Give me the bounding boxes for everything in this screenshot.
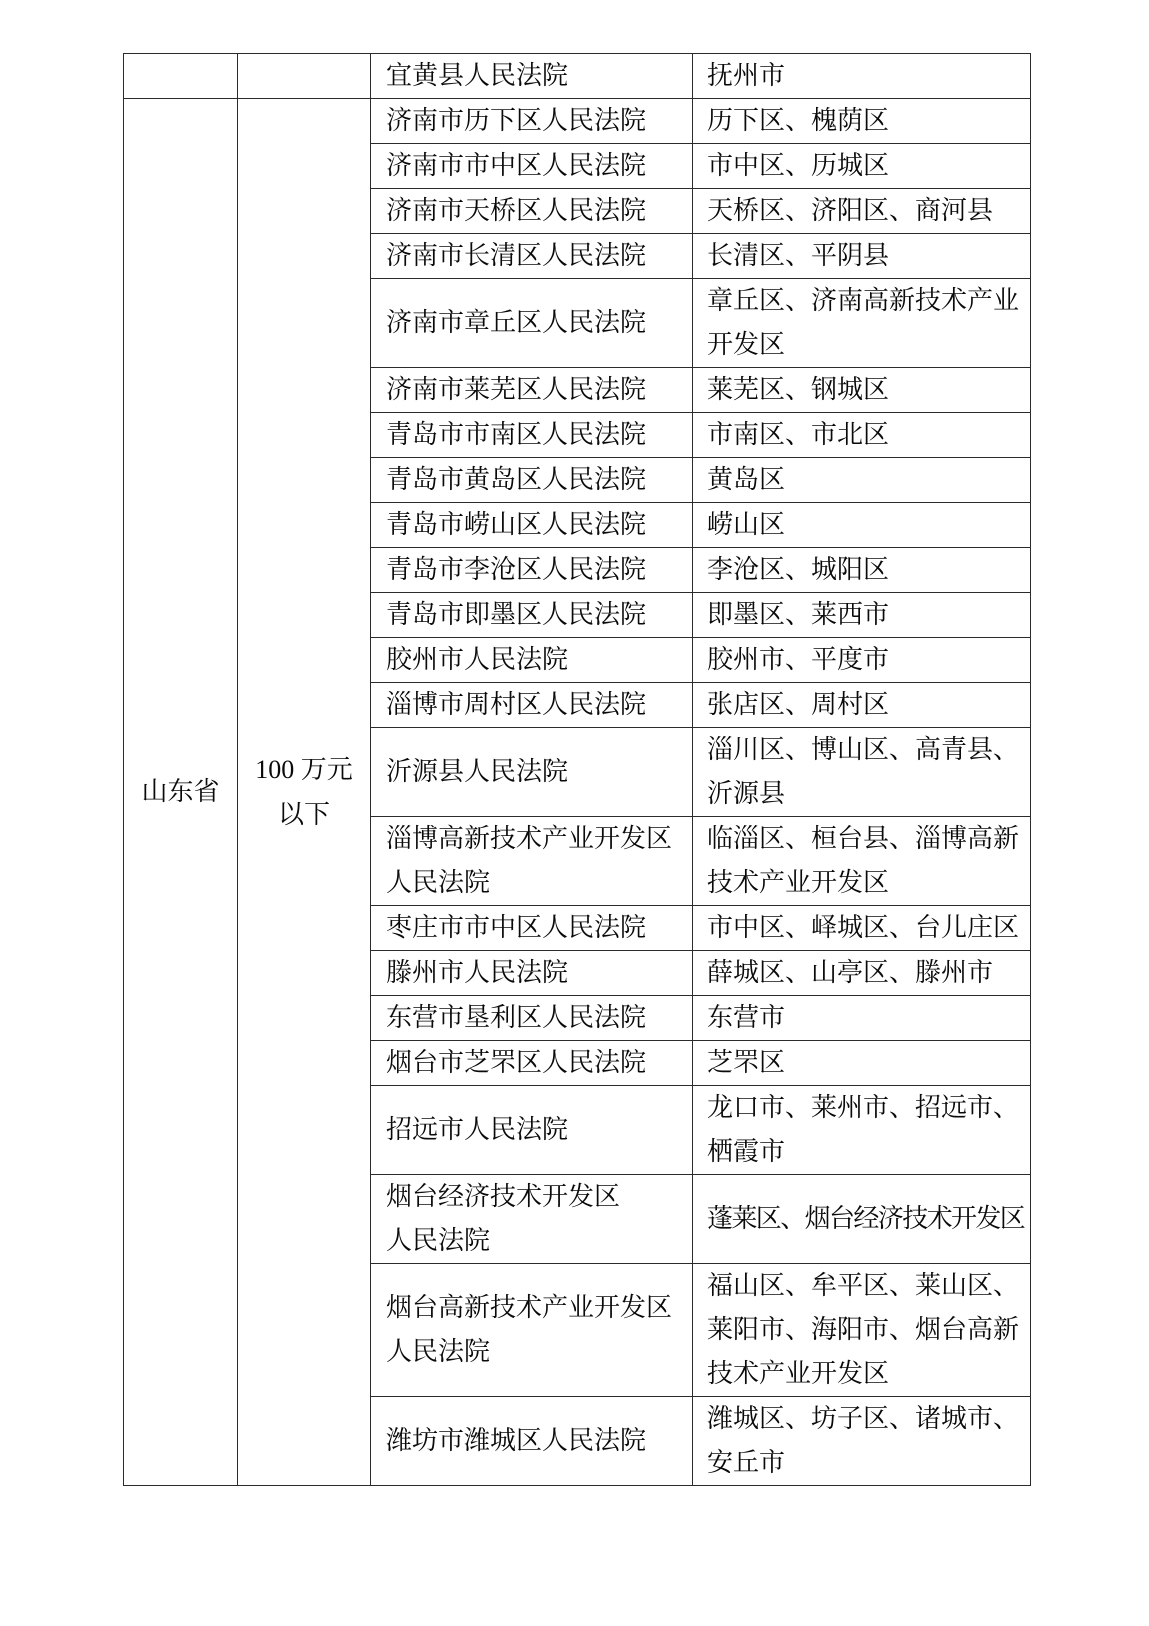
court-cell: 青岛市崂山区人民法院: [371, 503, 693, 548]
court-name-line: 淄博高新技术产业开发区: [386, 817, 686, 861]
district-cell: 东营市: [693, 996, 1031, 1041]
district-cell: 张店区、周村区: [693, 683, 1031, 728]
table-row-previous-section: 宜黄县人民法院 抚州市: [124, 54, 1031, 99]
court-name-line: 青岛市即墨区人民法院: [386, 593, 686, 637]
court-name-line: 滕州市人民法院: [386, 951, 686, 995]
district-cell: 淄川区、博山区、高青县、沂源县: [693, 728, 1031, 817]
district-cell: 抚州市: [693, 54, 1031, 99]
district-list-line: 安丘市: [707, 1441, 1028, 1485]
district-cell: 龙口市、莱州市、招远市、栖霞市: [693, 1086, 1031, 1175]
court-name-line: 人民法院: [386, 1219, 686, 1263]
district-cell: 即墨区、莱西市: [693, 593, 1031, 638]
court-cell: 济南市长清区人民法院: [371, 234, 693, 279]
district-list-line: 即墨区、莱西市: [707, 593, 1028, 637]
court-cell: 招远市人民法院: [371, 1086, 693, 1175]
court-cell: 青岛市李沧区人民法院: [371, 548, 693, 593]
district-cell: 长清区、平阴县: [693, 234, 1031, 279]
court-cell: 烟台高新技术产业开发区人民法院: [371, 1264, 693, 1397]
district-list-line: 龙口市、莱州市、招远市、: [707, 1086, 1028, 1130]
court-name-line: 青岛市市南区人民法院: [386, 413, 686, 457]
district-cell: 胶州市、平度市: [693, 638, 1031, 683]
district-cell: 芝罘区: [693, 1041, 1031, 1086]
document-page: 宜黄县人民法院 抚州市 山东省100 万元以下济南市历下区人民法院历下区、槐荫区…: [0, 0, 1149, 1626]
court-name-line: 烟台市芝罘区人民法院: [386, 1041, 686, 1085]
district-cell: 临淄区、桓台县、淄博高新技术产业开发区: [693, 817, 1031, 906]
district-list-line: 福山区、牟平区、莱山区、: [707, 1264, 1028, 1308]
district-list-line: 潍城区、坊子区、诸城市、: [707, 1397, 1028, 1441]
court-cell: 济南市市中区人民法院: [371, 144, 693, 189]
district-list-line: 天桥区、济阳区、商河县: [707, 189, 1028, 233]
district-cell: 潍城区、坊子区、诸城市、安丘市: [693, 1397, 1031, 1486]
court-name-line: 烟台高新技术产业开发区: [386, 1286, 686, 1330]
district-cell: 历下区、槐荫区: [693, 99, 1031, 144]
court-cell: 济南市历下区人民法院: [371, 99, 693, 144]
district-list-line: 市中区、峄城区、台儿庄区: [707, 906, 1028, 950]
district-list-line: 崂山区: [707, 503, 1028, 547]
court-name-line: 东营市垦利区人民法院: [386, 996, 686, 1040]
court-name-line: 青岛市黄岛区人民法院: [386, 458, 686, 502]
district-list-line: 市中区、历城区: [707, 144, 1028, 188]
district-cell: 蓬莱区、烟台经济技术开发区: [693, 1175, 1031, 1264]
court-name: 宜黄县人民法院: [386, 54, 686, 98]
district-list-line: 历下区、槐荫区: [707, 99, 1028, 143]
district-list-line: 沂源县: [707, 772, 1028, 816]
district-list-line: 蓬莱区、烟台经济技术开发区: [707, 1197, 1028, 1241]
district-list: 抚州市: [707, 54, 1028, 98]
amount-label-line: 以下: [242, 792, 366, 837]
district-list-line: 张店区、周村区: [707, 683, 1028, 727]
province-cell-empty: [124, 54, 238, 99]
amount-label-line: 100 万元: [242, 747, 366, 792]
district-list-line: 开发区: [707, 323, 1028, 367]
district-cell: 天桥区、济阳区、商河县: [693, 189, 1031, 234]
court-name-line: 济南市莱芜区人民法院: [386, 368, 686, 412]
court-cell: 青岛市即墨区人民法院: [371, 593, 693, 638]
court-name-line: 潍坊市潍城区人民法院: [386, 1419, 686, 1463]
district-list-line: 芝罘区: [707, 1041, 1028, 1085]
court-name-line: 济南市市中区人民法院: [386, 144, 686, 188]
court-name-line: 济南市长清区人民法院: [386, 234, 686, 278]
court-cell: 济南市章丘区人民法院: [371, 279, 693, 368]
district-list-line: 栖霞市: [707, 1130, 1028, 1174]
province-cell: 山东省: [124, 99, 238, 1486]
court-cell: 宜黄县人民法院: [371, 54, 693, 99]
district-list-line: 长清区、平阴县: [707, 234, 1028, 278]
court-name-line: 济南市章丘区人民法院: [386, 301, 686, 345]
amount-cell: 100 万元以下: [238, 99, 371, 1486]
district-list-line: 东营市: [707, 996, 1028, 1040]
court-cell: 烟台经济技术开发区人民法院: [371, 1175, 693, 1264]
district-cell: 莱芜区、钢城区: [693, 368, 1031, 413]
district-cell: 市中区、历城区: [693, 144, 1031, 189]
district-list-line: 淄川区、博山区、高青县、: [707, 728, 1028, 772]
court-cell: 济南市莱芜区人民法院: [371, 368, 693, 413]
district-cell: 市中区、峄城区、台儿庄区: [693, 906, 1031, 951]
court-cell: 烟台市芝罘区人民法院: [371, 1041, 693, 1086]
court-cell: 胶州市人民法院: [371, 638, 693, 683]
district-list-line: 临淄区、桓台县、淄博高新: [707, 817, 1028, 861]
district-cell: 黄岛区: [693, 458, 1031, 503]
district-cell: 薛城区、山亭区、滕州市: [693, 951, 1031, 996]
court-cell: 潍坊市潍城区人民法院: [371, 1397, 693, 1486]
district-cell: 章丘区、济南高新技术产业开发区: [693, 279, 1031, 368]
district-cell: 市南区、市北区: [693, 413, 1031, 458]
court-cell: 青岛市黄岛区人民法院: [371, 458, 693, 503]
table-row: 山东省100 万元以下济南市历下区人民法院历下区、槐荫区: [124, 99, 1031, 144]
court-cell: 淄博高新技术产业开发区人民法院: [371, 817, 693, 906]
court-name-line: 烟台经济技术开发区: [386, 1175, 686, 1219]
district-list-line: 莱阳市、海阳市、烟台高新: [707, 1308, 1028, 1352]
court-cell: 青岛市市南区人民法院: [371, 413, 693, 458]
district-list-line: 技术产业开发区: [707, 1352, 1028, 1396]
district-list-line: 黄岛区: [707, 458, 1028, 502]
district-list-line: 市南区、市北区: [707, 413, 1028, 457]
court-name-line: 济南市历下区人民法院: [386, 99, 686, 143]
district-list-line: 薛城区、山亭区、滕州市: [707, 951, 1028, 995]
district-cell: 李沧区、城阳区: [693, 548, 1031, 593]
court-cell: 沂源县人民法院: [371, 728, 693, 817]
court-name-line: 青岛市崂山区人民法院: [386, 503, 686, 547]
court-name-line: 济南市天桥区人民法院: [386, 189, 686, 233]
court-cell: 淄博市周村区人民法院: [371, 683, 693, 728]
court-cell: 枣庄市市中区人民法院: [371, 906, 693, 951]
court-name-line: 沂源县人民法院: [386, 750, 686, 794]
district-list-line: 章丘区、济南高新技术产业: [707, 279, 1028, 323]
province-label: 山东省: [128, 770, 233, 814]
jurisdiction-table: 宜黄县人民法院 抚州市 山东省100 万元以下济南市历下区人民法院历下区、槐荫区…: [123, 53, 1031, 1486]
court-name-line: 枣庄市市中区人民法院: [386, 906, 686, 950]
court-name-line: 胶州市人民法院: [386, 638, 686, 682]
district-cell: 崂山区: [693, 503, 1031, 548]
court-cell: 东营市垦利区人民法院: [371, 996, 693, 1041]
amount-cell-empty: [238, 54, 371, 99]
court-name-line: 人民法院: [386, 861, 686, 905]
court-name-line: 招远市人民法院: [386, 1108, 686, 1152]
court-name-line: 人民法院: [386, 1330, 686, 1374]
court-cell: 滕州市人民法院: [371, 951, 693, 996]
court-name-line: 淄博市周村区人民法院: [386, 683, 686, 727]
court-name-line: 青岛市李沧区人民法院: [386, 548, 686, 592]
district-cell: 福山区、牟平区、莱山区、莱阳市、海阳市、烟台高新技术产业开发区: [693, 1264, 1031, 1397]
district-list-line: 李沧区、城阳区: [707, 548, 1028, 592]
district-list-line: 胶州市、平度市: [707, 638, 1028, 682]
district-list-line: 技术产业开发区: [707, 861, 1028, 905]
court-cell: 济南市天桥区人民法院: [371, 189, 693, 234]
district-list-line: 莱芜区、钢城区: [707, 368, 1028, 412]
